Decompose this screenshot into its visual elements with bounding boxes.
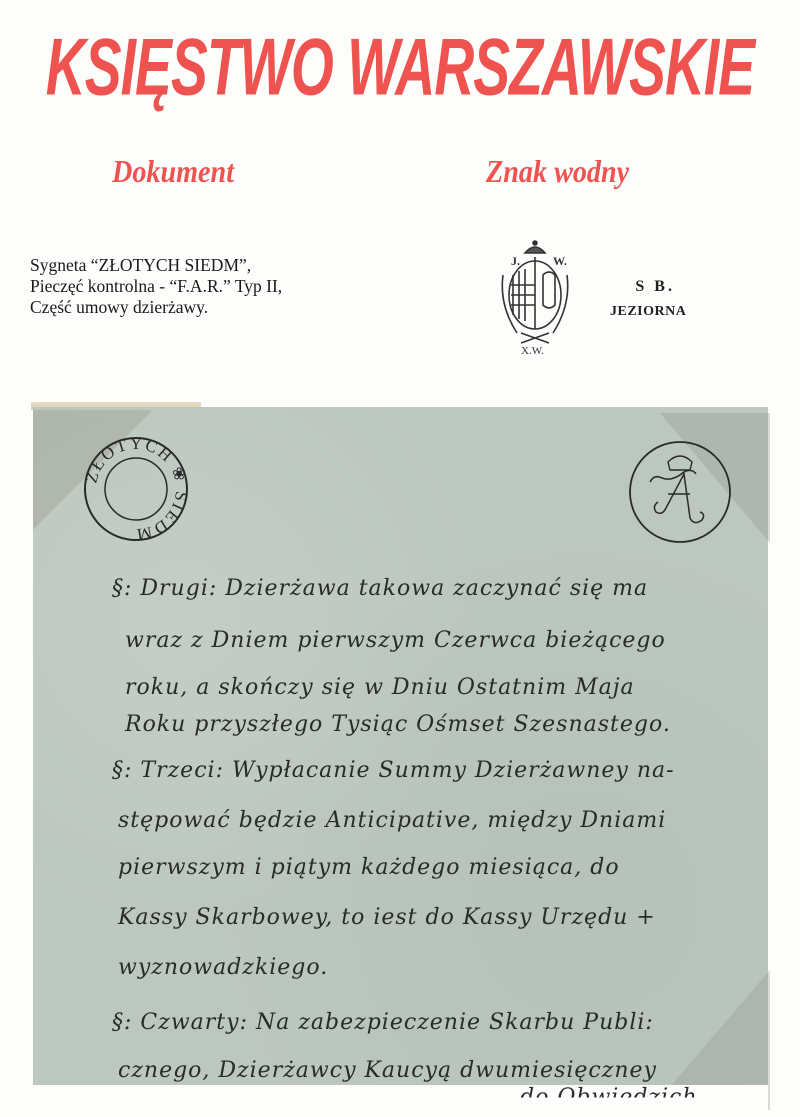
manuscript-line: stępować będzie Anticipative, między Dni… xyxy=(118,808,666,833)
watermark-crest-icon: J. W. X.W. xyxy=(495,235,575,355)
document-heading: Dokument xyxy=(112,153,234,190)
page-title: KSIĘSTWO WARSZAWSKIE xyxy=(32,20,768,113)
manuscript-line: Kassy Skarbowey, to iest do Kassy Urzędu… xyxy=(118,905,656,930)
watermark-mark: S B. JEZIORNA xyxy=(610,278,686,320)
manuscript-line: §: Trzeci: Wypłacanie Summy Dzierżawney … xyxy=(112,758,675,783)
manuscript-line: roku, a skończy się w Dniu Ostatnim Maja xyxy=(125,675,635,700)
watermark-place: JEZIORNA xyxy=(610,304,686,320)
description-line: Część umowy dzierżawy. xyxy=(30,297,282,318)
watermark-initials: S B. xyxy=(624,278,686,296)
description-line: Sygneta “ZŁOTYCH SIEDM”, xyxy=(30,255,282,276)
svg-text:ZŁOTYCH ❀ SIEDM: ZŁOTYCH ❀ SIEDM xyxy=(82,435,190,543)
manuscript-line: Roku przyszłego Tysiąc Ośmset Szesnasteg… xyxy=(125,712,671,737)
manuscript-line: wyznowadzkiego. xyxy=(118,955,328,980)
manuscript-line: §: Drugi: Dzierżawa takowa zaczynać się … xyxy=(112,576,648,601)
svg-text:W.: W. xyxy=(553,254,567,268)
manuscript-line: §: Czwarty: Na zabezpieczenie Skarbu Pub… xyxy=(112,1010,654,1035)
document-description: Sygneta “ZŁOTYCH SIEDM”, Pieczęć kontrol… xyxy=(30,255,282,318)
svg-text:J.: J. xyxy=(511,254,520,268)
manuscript-line: wraz z Dniem pierwszym Czerwca bieżącego xyxy=(125,628,666,653)
manuscript-line: cznego, Dzierżawcy Kaucyą dwumiesięczney xyxy=(118,1058,657,1083)
watermark-heading: Znak wodny xyxy=(486,153,629,190)
description-line: Pieczęć kontrolna - “F.A.R.” Typ II, xyxy=(30,276,282,297)
seal-far-monogram-icon xyxy=(628,440,732,544)
svg-text:X.W.: X.W. xyxy=(521,345,544,355)
seal-zlotych-siedm-icon: ZŁOTYCH ❀ SIEDM xyxy=(82,435,190,543)
manuscript-line: pierwszym i piątym każdego miesiąca, do xyxy=(118,855,620,880)
